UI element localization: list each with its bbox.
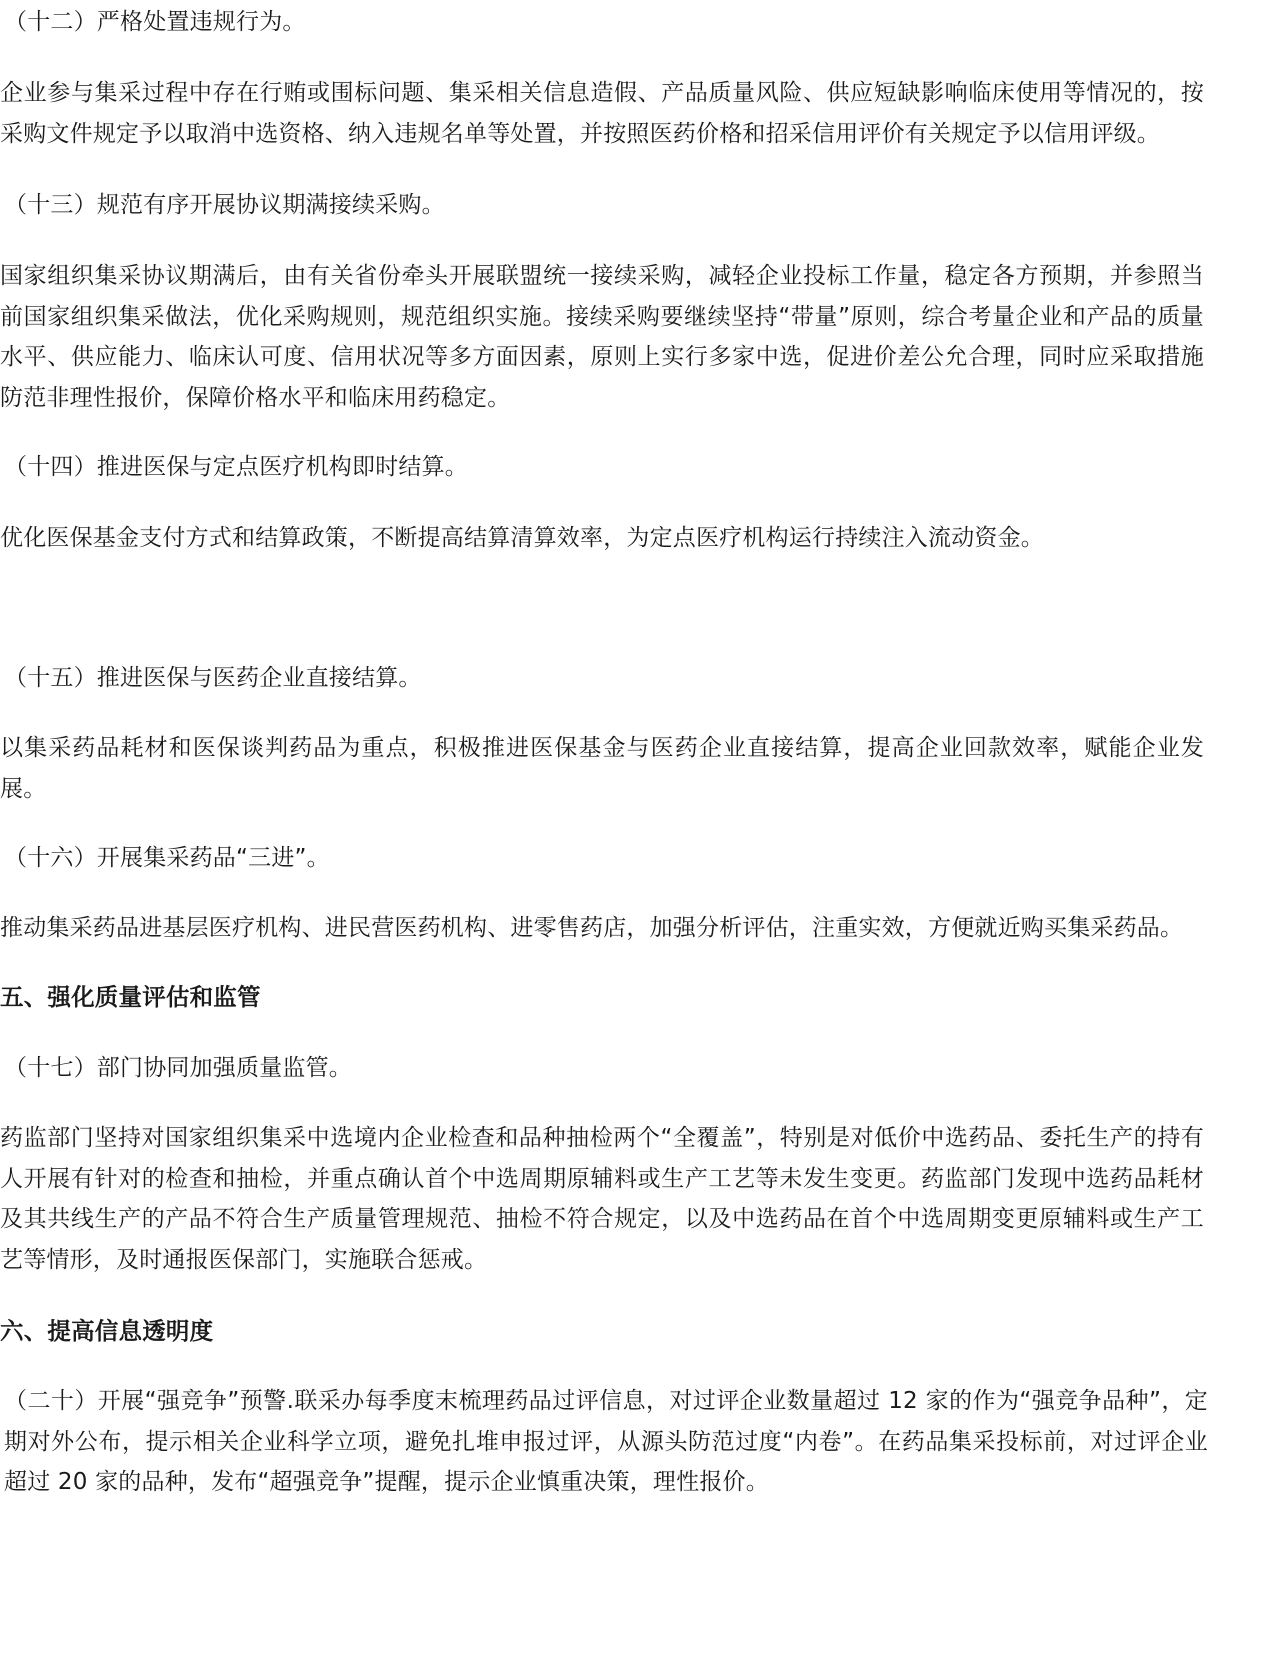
sub-heading-13: （十三）规范有序开展协议期满接续采购。 [0,185,1208,226]
paragraph-15: 以集采药品耗材和医保谈判药品为重点，积极推进医保基金与医药企业直接结算，提高企业… [0,728,1204,809]
paragraph-14: 优化医保基金支付方式和结算政策，不断提高结算清算效率，为定点医疗机构运行持续注入… [0,518,1204,559]
paragraph-20: （二十）开展“强竞争”预警.联采办每季度末梳理药品过评信息，对过评企业数量超过 … [0,1381,1208,1503]
sub-heading-17: （十七）部门协同加强质量监管。 [0,1048,1208,1089]
sub-heading-16: （十六）开展集采药品“三进”。 [0,838,1208,879]
section-heading-5: 五、强化质量评估和监管 [0,977,1204,1018]
paragraph-17: 药监部门坚持对国家组织集采中选境内企业检查和品种抽检两个“全覆盖”，特别是对低价… [0,1118,1204,1280]
sub-heading-14: （十四）推进医保与定点医疗机构即时结算。 [0,447,1208,488]
paragraph-12: 企业参与集采过程中存在行贿或围标问题、集采相关信息造假、产品质量风险、供应短缺影… [0,73,1204,154]
paragraph-16: 推动集采药品进基层医疗机构、进民营医药机构、进零售药店，加强分析评估，注重实效，… [0,908,1204,949]
sub-heading-12: （十二）严格处置违规行为。 [0,2,1208,43]
sub-heading-15: （十五）推进医保与医药企业直接结算。 [0,658,1208,699]
paragraph-13: 国家组织集采协议期满后，由有关省份牵头开展联盟统一接续采购，减轻企业投标工作量，… [0,256,1204,418]
section-heading-6: 六、提高信息透明度 [0,1311,1204,1352]
